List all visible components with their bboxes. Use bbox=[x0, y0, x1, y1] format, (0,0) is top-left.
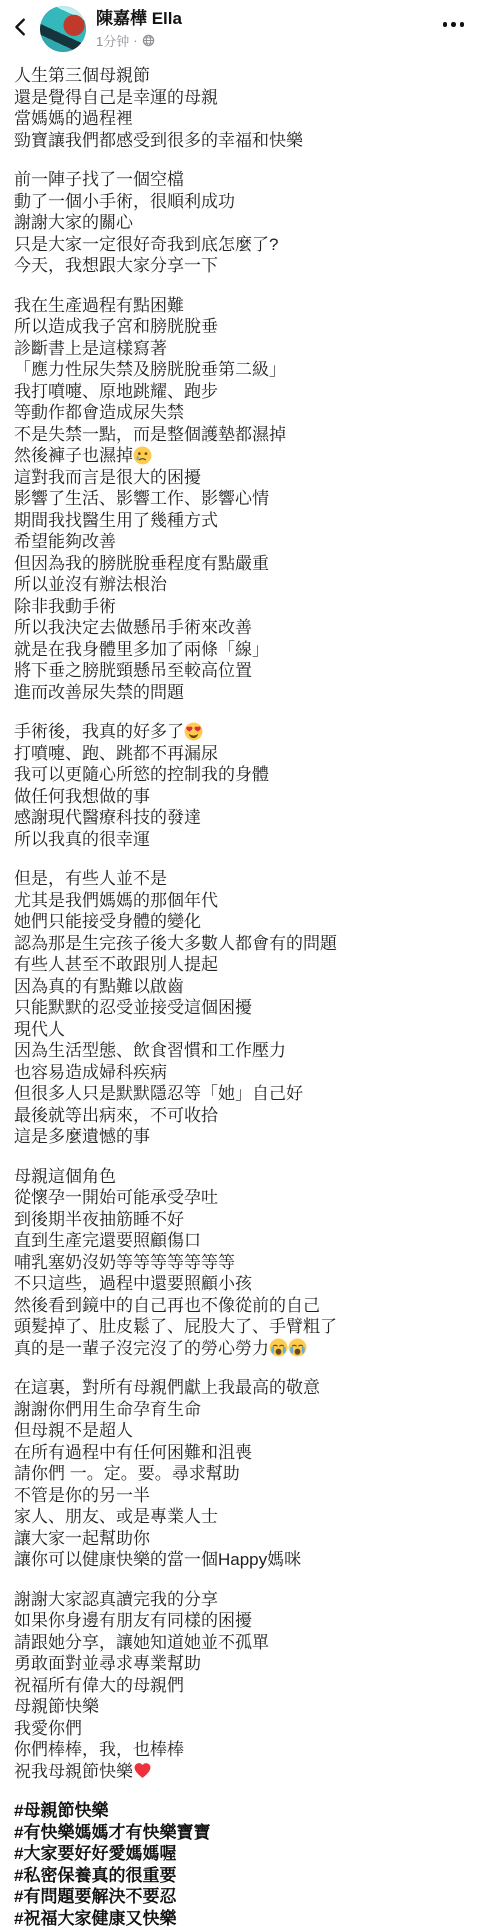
post-line: 人生第三個母親節 bbox=[14, 65, 466, 87]
post-line: #母親節快樂 bbox=[14, 1800, 466, 1822]
post-line: 所以我決定去做懸吊手術來改善 bbox=[14, 617, 466, 639]
post-line: 謝謝大家認真讀完我的分享 bbox=[14, 1589, 466, 1611]
post-line: 動了一個小手術，很順利成功 bbox=[14, 191, 466, 213]
more-options-icon bbox=[443, 22, 465, 27]
post-line: 勇敢面對並尋求專業幫助 bbox=[14, 1653, 466, 1675]
post-line: 祝我母親節快樂 bbox=[14, 1761, 466, 1783]
post-line: 真的是一輩子沒完沒了的勞心勞力 bbox=[14, 1338, 466, 1360]
post-line: 家人、朋友、或是專業人士 bbox=[14, 1506, 466, 1528]
heart-eyes-emoji bbox=[184, 722, 203, 741]
post-line: 「應力性尿失禁及膀胱脫垂第二級」 bbox=[14, 359, 466, 381]
post-line: 今天，我想跟大家分享一下 bbox=[14, 255, 466, 277]
more-options-button[interactable] bbox=[441, 14, 467, 35]
chevron-left-icon bbox=[10, 16, 32, 43]
post-line: 頭髮掉了、肚皮鬆了、屁股大了、手臂粗了 bbox=[14, 1316, 466, 1338]
post-line: 請你們 一。定。要。尋求幫助 bbox=[14, 1463, 466, 1485]
post-line: 然後看到鏡中的自己再也不像從前的自己 bbox=[14, 1295, 466, 1317]
post-line: 謝謝大家的關心 bbox=[14, 212, 466, 234]
post-line: 感謝現代醫療科技的發達 bbox=[14, 807, 466, 829]
timestamp: 1分钟 bbox=[96, 31, 129, 50]
post-line: 我愛你們 bbox=[14, 1718, 466, 1740]
post-line: 我打噴嚏、原地跳耀、跑步 bbox=[14, 381, 466, 403]
post-line: 手術後，我真的好多了 bbox=[14, 721, 466, 743]
post-hashtags: #母親節快樂#有快樂媽媽才有快樂寶寶#大家要好好愛媽媽喔#私密保養真的很重要#有… bbox=[14, 1800, 466, 1929]
post-line: 期間我找醫生用了幾種方式 bbox=[14, 510, 466, 532]
post-line: #祝福大家健康又快樂 bbox=[14, 1908, 466, 1929]
post-line: 我可以更隨心所慾的控制我的身體 bbox=[14, 764, 466, 786]
post-paragraph: 母親這個角色從懷孕一開始可能承受孕吐到後期半夜抽筋睡不好直到生產完還要照顧傷口哺… bbox=[14, 1166, 466, 1360]
post-line: 這對我而言是很大的困擾 bbox=[14, 467, 466, 489]
post-line: 因為真的有點難以啟齒 bbox=[14, 976, 466, 998]
globe-icon bbox=[142, 34, 155, 47]
post-paragraph: 在這裏，對所有母親們獻上我最高的敬意謝謝你們用生命孕育生命但母親不是超人在所有過… bbox=[14, 1377, 466, 1571]
post-line: 所以造成我子宮和膀胱脫垂 bbox=[14, 316, 466, 338]
post-line: 當媽媽的過程裡 bbox=[14, 108, 466, 130]
post-line: 有些人甚至不敢跟別人提起 bbox=[14, 954, 466, 976]
post-line: 影響了生活、影響工作、影響心情 bbox=[14, 488, 466, 510]
post-line: 不只這些，過程中還要照顧小孩 bbox=[14, 1273, 466, 1295]
post-line: #私密保養真的很重要 bbox=[14, 1865, 466, 1887]
meta-separator: · bbox=[133, 33, 137, 48]
post-line: 如果你身邊有朋友有同樣的困擾 bbox=[14, 1610, 466, 1632]
post-header: 陳嘉樺 Ella 1分钟 · bbox=[0, 0, 480, 52]
post-line: 只能默默的忍受並接受這個困擾 bbox=[14, 997, 466, 1019]
post-paragraph: 我在生產過程有點困難所以造成我子宮和膀胱脫垂診斷書上是這樣寫著「應力性尿失禁及膀… bbox=[14, 295, 466, 704]
post-line: 做任何我想做的事 bbox=[14, 786, 466, 808]
post-line: #大家要好好愛媽媽喔 bbox=[14, 1843, 466, 1865]
avatar[interactable] bbox=[40, 6, 86, 52]
post-line: 將下垂之膀胱頸懸吊至較高位置 bbox=[14, 660, 466, 682]
author-name[interactable]: 陳嘉樺 Ella bbox=[96, 9, 441, 29]
post-line: 因為生活型態、飲食習慣和工作壓力 bbox=[14, 1040, 466, 1062]
post-line: 從懷孕一開始可能承受孕吐 bbox=[14, 1187, 466, 1209]
red-heart-emoji bbox=[133, 1761, 152, 1780]
post-line: 所以我真的很幸運 bbox=[14, 829, 466, 851]
post-line: 勁寶讓我們都感受到很多的幸福和快樂 bbox=[14, 130, 466, 152]
post-body: 人生第三個母親節還是覺得自己是幸運的母親當媽媽的過程裡勁寶讓我們都感受到很多的幸… bbox=[0, 52, 480, 1929]
post-line: 等動作都會造成尿失禁 bbox=[14, 402, 466, 424]
post-line: 我在生產過程有點困難 bbox=[14, 295, 466, 317]
post-line: 現代人 bbox=[14, 1019, 466, 1041]
post-line: 但是，有些人並不是 bbox=[14, 868, 466, 890]
post-line: 不是失禁一點，而是整個護墊都濕掉 bbox=[14, 424, 466, 446]
crying-face-emoji bbox=[133, 446, 152, 465]
post-line: 前一陣子找了一個空檔 bbox=[14, 169, 466, 191]
post-line: #有快樂媽媽才有快樂寶寶 bbox=[14, 1822, 466, 1844]
post-line: 尤其是我們媽媽的那個年代 bbox=[14, 890, 466, 912]
post-line: 希望能夠改善 bbox=[14, 531, 466, 553]
post-line: 所以並沒有辦法根治 bbox=[14, 574, 466, 596]
loudly-crying-emoji bbox=[269, 1338, 288, 1357]
post-line: 就是在我身體里多加了兩條「線」 bbox=[14, 639, 466, 661]
post-line: 你們棒棒，我，也棒棒 bbox=[14, 1739, 466, 1761]
post-paragraph: 手術後，我真的好多了打噴嚏、跑、跳都不再漏尿我可以更隨心所慾的控制我的身體做任何… bbox=[14, 721, 466, 850]
post-line: 但很多人只是默默隱忍等「她」自己好 bbox=[14, 1083, 466, 1105]
post-line: 也容易造成婦科疾病 bbox=[14, 1062, 466, 1084]
post-line: 直到生產完還要照顧傷口 bbox=[14, 1230, 466, 1252]
post-line: 到後期半夜抽筋睡不好 bbox=[14, 1209, 466, 1231]
post-line: 她們只能接受身體的變化 bbox=[14, 911, 466, 933]
post-line: 打噴嚏、跑、跳都不再漏尿 bbox=[14, 743, 466, 765]
post-line: 謝謝你們用生命孕育生命 bbox=[14, 1399, 466, 1421]
post-paragraph: 但是，有些人並不是尤其是我們媽媽的那個年代她們只能接受身體的變化認為那是生完孩子… bbox=[14, 868, 466, 1148]
loudly-crying-emoji bbox=[288, 1338, 307, 1357]
post-line: #有問題要解決不要忍 bbox=[14, 1886, 466, 1908]
post-line: 母親節快樂 bbox=[14, 1696, 466, 1718]
post-line: 在所有過程中有任何困難和沮喪 bbox=[14, 1442, 466, 1464]
post-line: 不管是你的另一半 bbox=[14, 1485, 466, 1507]
post-author-block: 陳嘉樺 Ella 1分钟 · bbox=[96, 9, 441, 50]
post-line: 但母親不是超人 bbox=[14, 1420, 466, 1442]
post-line: 進而改善尿失禁的問題 bbox=[14, 682, 466, 704]
post-line: 認為那是生完孩子後大多數人都會有的問題 bbox=[14, 933, 466, 955]
post-paragraph: 謝謝大家認真讀完我的分享如果你身邊有朋友有同樣的困擾請跟她分享，讓她知道她並不孤… bbox=[14, 1589, 466, 1783]
post-line: 然後褲子也濕掉 bbox=[14, 445, 466, 467]
post-line: 診斷書上是這樣寫著 bbox=[14, 338, 466, 360]
post-line: 這是多麼遺憾的事 bbox=[14, 1126, 466, 1148]
post-meta: 1分钟 · bbox=[96, 31, 441, 50]
post-line: 在這裏，對所有母親們獻上我最高的敬意 bbox=[14, 1377, 466, 1399]
post-line: 最後就等出病來，不可收拾 bbox=[14, 1105, 466, 1127]
post-line: 除非我動手術 bbox=[14, 596, 466, 618]
post-line: 讓你可以健康快樂的當一個Happy媽咪 bbox=[14, 1549, 466, 1571]
back-button[interactable] bbox=[10, 9, 40, 49]
post-line: 還是覺得自己是幸運的母親 bbox=[14, 87, 466, 109]
post-line: 母親這個角色 bbox=[14, 1166, 466, 1188]
post-line: 只是大家一定很好奇我到底怎麼了? bbox=[14, 234, 466, 256]
post-line: 但因為我的膀胱脫垂程度有點嚴重 bbox=[14, 553, 466, 575]
post-line: 祝福所有偉大的母親們 bbox=[14, 1675, 466, 1697]
post-paragraph: 人生第三個母親節還是覺得自己是幸運的母親當媽媽的過程裡勁寶讓我們都感受到很多的幸… bbox=[14, 65, 466, 151]
post-line: 讓大家一起幫助你 bbox=[14, 1528, 466, 1550]
post-paragraph: 前一陣子找了一個空檔動了一個小手術，很順利成功謝謝大家的關心只是大家一定很好奇我… bbox=[14, 169, 466, 277]
post-line: 哺乳塞奶沒奶等等等等等等等 bbox=[14, 1252, 466, 1274]
post-line: 請跟她分享，讓她知道她並不孤單 bbox=[14, 1632, 466, 1654]
